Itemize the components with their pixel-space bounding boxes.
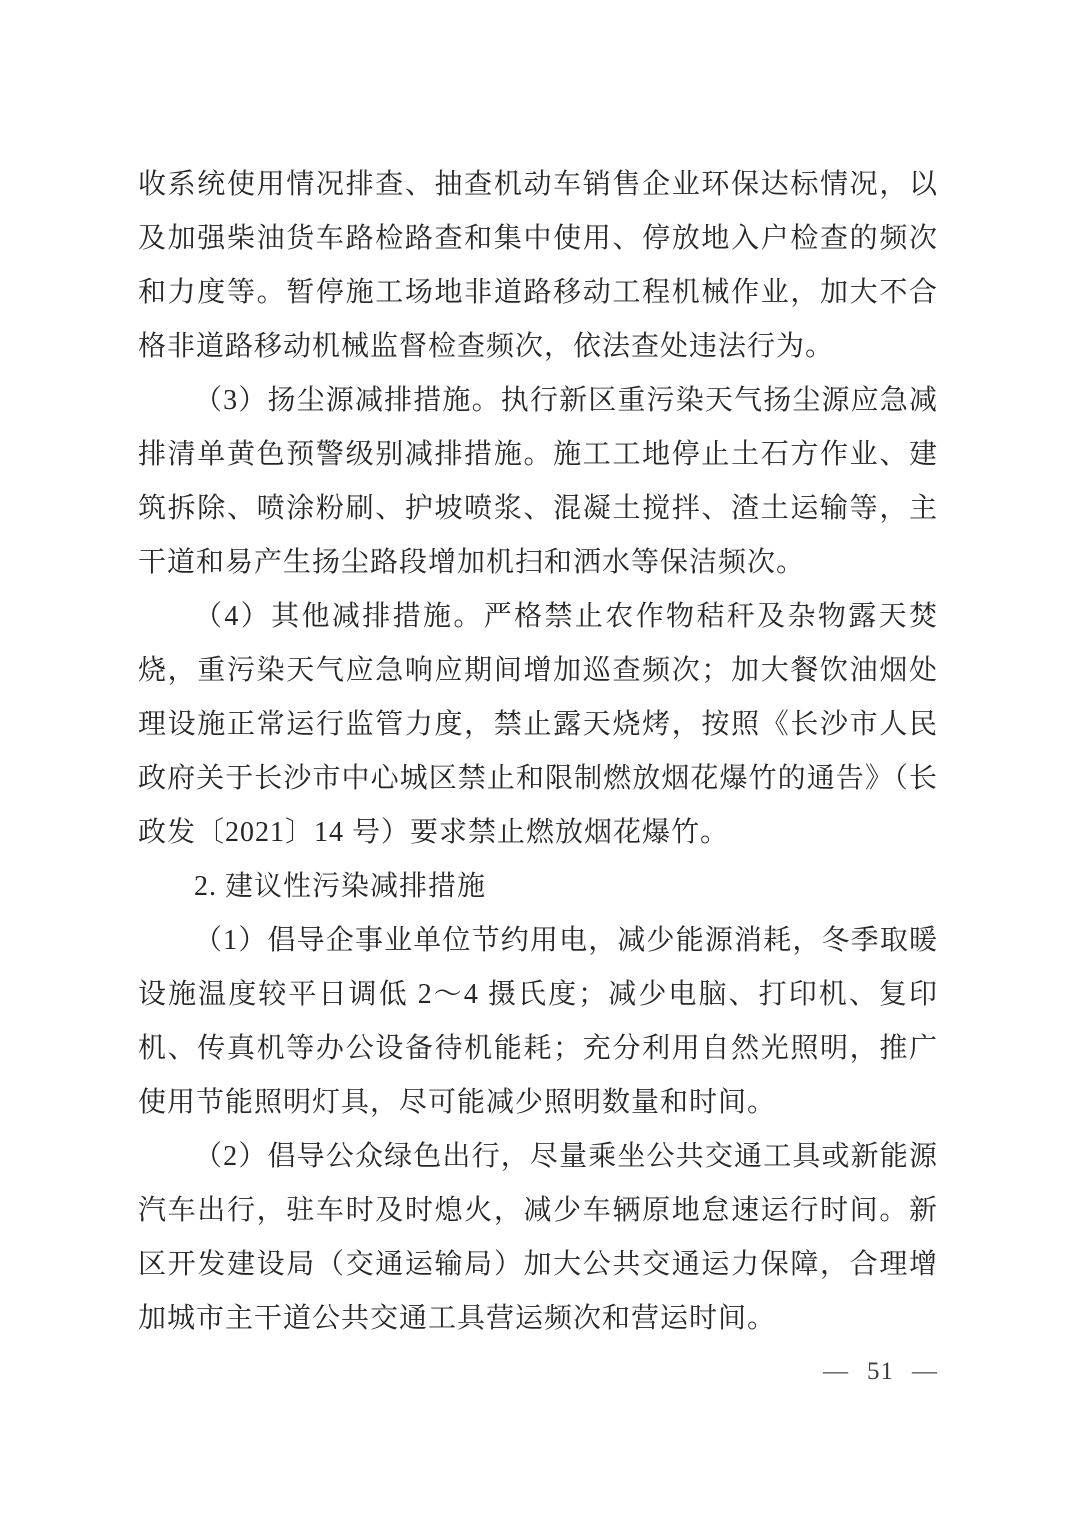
page-number: 51	[867, 1358, 894, 1386]
paragraph-green-travel: （2）倡导公众绿色出行，尽量乘坐公共交通工具或新能源汽车出行，驻车时及时熄火，减…	[138, 1130, 938, 1346]
document-body: 收系统使用情况排查、抽查机动车销售企业环保达标情况，以及加强柴油货车路检路查和集…	[138, 158, 938, 1346]
paragraph-electricity-saving: （1）倡导企事业单位节约用电，减少能源消耗，冬季取暖设施温度较平日调低 2～4 …	[138, 914, 938, 1130]
paragraph-dust-source-measures: （3）扬尘源减排措施。执行新区重污染天气扬尘源应急减排清单黄色预警级别减排措施。…	[138, 374, 938, 590]
footer-dash-left: —	[823, 1358, 849, 1386]
paragraph-continuation: 收系统使用情况排查、抽查机动车销售企业环保达标情况，以及加强柴油货车路检路查和集…	[138, 158, 938, 374]
footer-dash-right: —	[912, 1358, 938, 1386]
document-page: 收系统使用情况排查、抽查机动车销售企业环保达标情况，以及加强柴油货车路检路查和集…	[0, 0, 1074, 1520]
page-footer: — 51 —	[138, 1358, 938, 1386]
paragraph-other-measures: （4）其他减排措施。严格禁止农作物秸秆及杂物露天焚烧，重污染天气应急响应期间增加…	[138, 590, 938, 860]
section-heading-suggested-measures: 2. 建议性污染减排措施	[138, 860, 938, 914]
